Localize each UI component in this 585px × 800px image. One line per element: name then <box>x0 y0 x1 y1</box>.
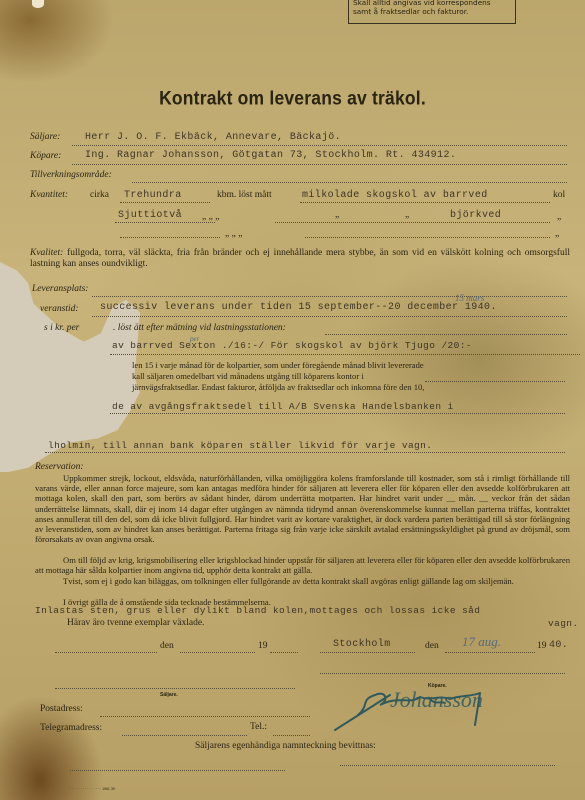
right-place-line <box>320 652 415 653</box>
quantity-label: Kvantitet: <box>30 190 68 200</box>
quantity-row3-ditto: „ „ „ <box>225 229 242 239</box>
quantity-ditto: „ „ „ <box>202 212 219 222</box>
left-date-line <box>180 652 255 653</box>
witness-line-2 <box>340 765 555 766</box>
postal-address-label: Postadress: <box>40 704 83 714</box>
telegram-address-line <box>122 735 247 736</box>
quantity-row3-line-a <box>120 237 220 238</box>
delivery-time-handnote: 15 mars <box>455 293 484 303</box>
quantity-ditto-3: „ <box>405 210 409 220</box>
right-den: den <box>425 641 439 651</box>
quantity-type-line <box>300 202 550 203</box>
price-typed-value: av barrved Sexton ./16:-/ För skogskol a… <box>112 340 472 351</box>
quality-text-block: Kvalitet: fullgoda, torra, väl släckta, … <box>30 248 570 270</box>
printer-imprint: · · · · · · · · · · · · · · · 1961 39 <box>70 787 115 791</box>
reservation-paragraph-3: Tvist, som ej i godo kan biläggas, om to… <box>35 576 570 586</box>
seller-line <box>72 145 567 146</box>
delivery-place-label: Leveransplats: <box>32 284 88 294</box>
buyer-value: Ing. Ragnar Johansson, Götgatan 73, Stoc… <box>85 150 456 161</box>
right-place: Stockholm <box>333 639 391 650</box>
quantity-type-1: milkolade skogskol av barrved <box>302 190 488 201</box>
right-date-line <box>445 652 535 653</box>
quantity-type-2: björkved <box>450 210 501 221</box>
delivery-time-value: successiv leverans under tiden 15 septem… <box>100 302 497 313</box>
quality-text: fullgoda, torra, väl släckta, fria från … <box>30 248 570 269</box>
left-den: den <box>160 641 174 651</box>
telegram-address-label: Telegramadress: <box>40 723 102 733</box>
reservation-paragraph-2: Om till följd av krig, krigsmobilisering… <box>35 555 570 575</box>
signature-text: Johansson <box>390 687 483 712</box>
payment-typed-2: lholmin, till annan bank köparen ställer… <box>48 440 432 451</box>
seller-signature-label: Säljare. <box>160 692 178 698</box>
buyer-line <box>72 164 567 165</box>
witness-line-1 <box>70 770 285 771</box>
quantity-row3-line-b <box>305 237 550 238</box>
payment-line-1: len 15 i varje månad för de kolpartier, … <box>132 360 572 370</box>
delivery-place-line <box>92 296 567 297</box>
quantity-amount-1: Trehundra <box>124 190 182 201</box>
quantity-type2-line <box>275 222 550 223</box>
seller-signature-line <box>55 688 295 689</box>
price-label: s i kr. per <box>44 323 79 333</box>
quantity-amount-2: Sjuttiotvå <box>118 210 182 221</box>
burn-hole <box>32 0 44 8</box>
manufacturing-area-label: Tillverkningsområde: <box>30 170 112 180</box>
document-title: Kontrakt om leverans av träkol. <box>0 87 585 110</box>
right-date: 17 aug. <box>462 634 501 650</box>
payment-typed-line-2 <box>45 452 565 453</box>
postal-address-line <box>100 716 310 717</box>
left-year: 19 <box>258 641 268 651</box>
quantity-amount2-line <box>115 222 215 223</box>
buyer-signature: Johansson <box>330 675 500 735</box>
copies-text: Härav äro tvenne exemplar växlade. <box>67 618 204 628</box>
right-year-prefix: 19 <box>537 641 547 651</box>
payment-typed-line-1 <box>110 413 565 414</box>
quantity-amount-line <box>120 202 210 203</box>
price-text: . löst ätt efter mätning vid lastningsst… <box>113 323 286 333</box>
notice-line-2: samt å fraktsedlar och fakturor. <box>353 8 511 17</box>
quality-label: Kvalitet: <box>30 248 63 258</box>
reservation-paragraph-1: Uppkommer strejk, lockout, eldsvåda, nat… <box>35 473 570 544</box>
buyer-label: Köpare: <box>30 151 61 161</box>
manufacturing-area-line <box>132 182 567 183</box>
delivery-time-line <box>92 316 567 317</box>
reservation-typed-note-1: Inlastas sten, grus eller dylikt bland k… <box>35 605 480 616</box>
tel-line <box>273 735 310 736</box>
quantity-row3-ditto-end: „ <box>555 229 559 239</box>
payment-line-3: järnvägsfraktsedlar. Endast fakturor, åt… <box>132 382 572 392</box>
price-typed-line <box>110 354 580 355</box>
quantity-prefix: cirka <box>90 190 109 200</box>
payment-typed-1: de av avgångsfraktsedel till A/B Svenska… <box>112 401 454 412</box>
notice-box: Skall alltid angivas vid korrespondens s… <box>348 0 516 24</box>
left-place-line <box>55 652 157 653</box>
seller-value: Herr J. O. F. Ekbäck, Annevare, Bäckajö. <box>85 132 341 143</box>
quantity-suffix: kol <box>553 190 565 200</box>
payment-line-2: kall säljaren omedelbart vid månadens ut… <box>132 371 572 381</box>
reservation-label: Reservation: <box>35 462 84 472</box>
delivery-time-label: veranstid: <box>40 304 79 314</box>
left-year-line <box>270 652 298 653</box>
quantity-unit: kbm. löst mått <box>217 190 272 200</box>
price-line <box>325 334 567 335</box>
quantity-ditto-end: „ <box>557 212 561 222</box>
seller-label: Säljare: <box>30 132 60 142</box>
right-year: 40. <box>549 640 568 651</box>
tel-label: Tel.: <box>250 722 267 732</box>
buyer-signature-line <box>320 673 565 674</box>
quantity-ditto-2: „ <box>335 210 339 220</box>
reservation-typed-note-2: vagn. <box>548 618 579 629</box>
witness-label: Säljarens egenhändiga namnteckning bevit… <box>195 741 376 751</box>
